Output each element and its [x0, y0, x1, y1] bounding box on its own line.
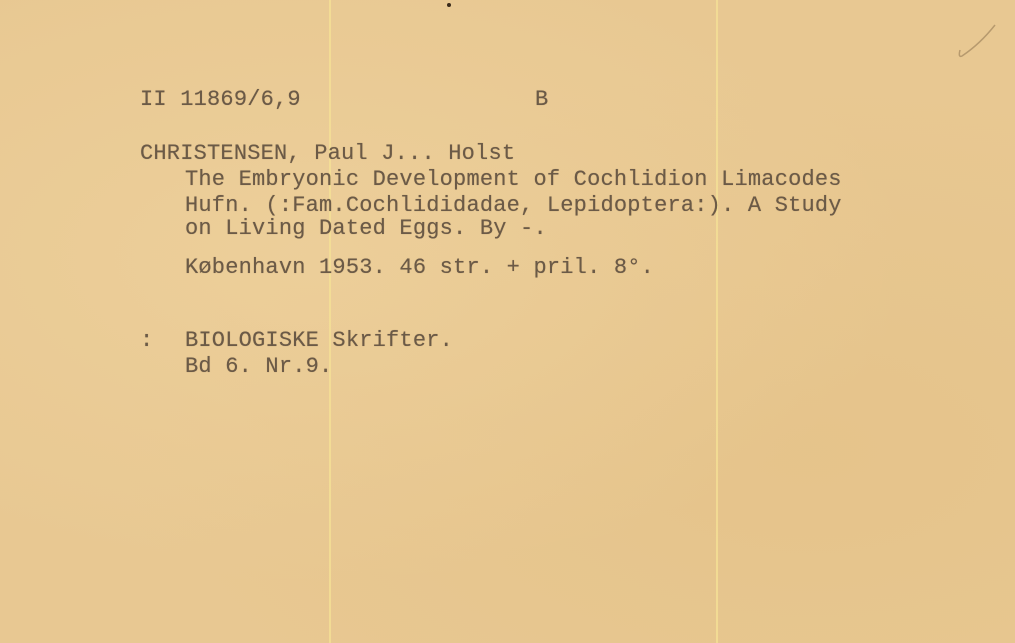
check-mark-icon — [950, 20, 1010, 70]
title-line-3: on Living Dated Eggs. By -. — [185, 216, 547, 241]
author-line: CHRISTENSEN, Paul J... Holst — [140, 141, 515, 166]
imprint-line: København 1953. 46 str. + pril. 8°. — [185, 255, 654, 280]
call-number: II 11869/6,9 — [140, 87, 301, 112]
title-line-1: The Embryonic Development of Cochlidion … — [185, 167, 842, 192]
guide-line-left — [329, 0, 331, 643]
punch-dot — [447, 3, 451, 7]
series-volume: Bd 6. Nr.9. — [185, 354, 332, 379]
guide-line-right — [716, 0, 718, 643]
section-mark: B — [535, 87, 548, 112]
title-line-2: Hufn. (:Fam.Cochlididadae, Lepidoptera:)… — [185, 193, 842, 218]
series-marker: : — [140, 328, 153, 353]
series-title: BIOLOGISKE Skrifter. — [185, 328, 453, 353]
catalog-card: II 11869/6,9 B CHRISTENSEN, Paul J... Ho… — [0, 0, 1015, 643]
